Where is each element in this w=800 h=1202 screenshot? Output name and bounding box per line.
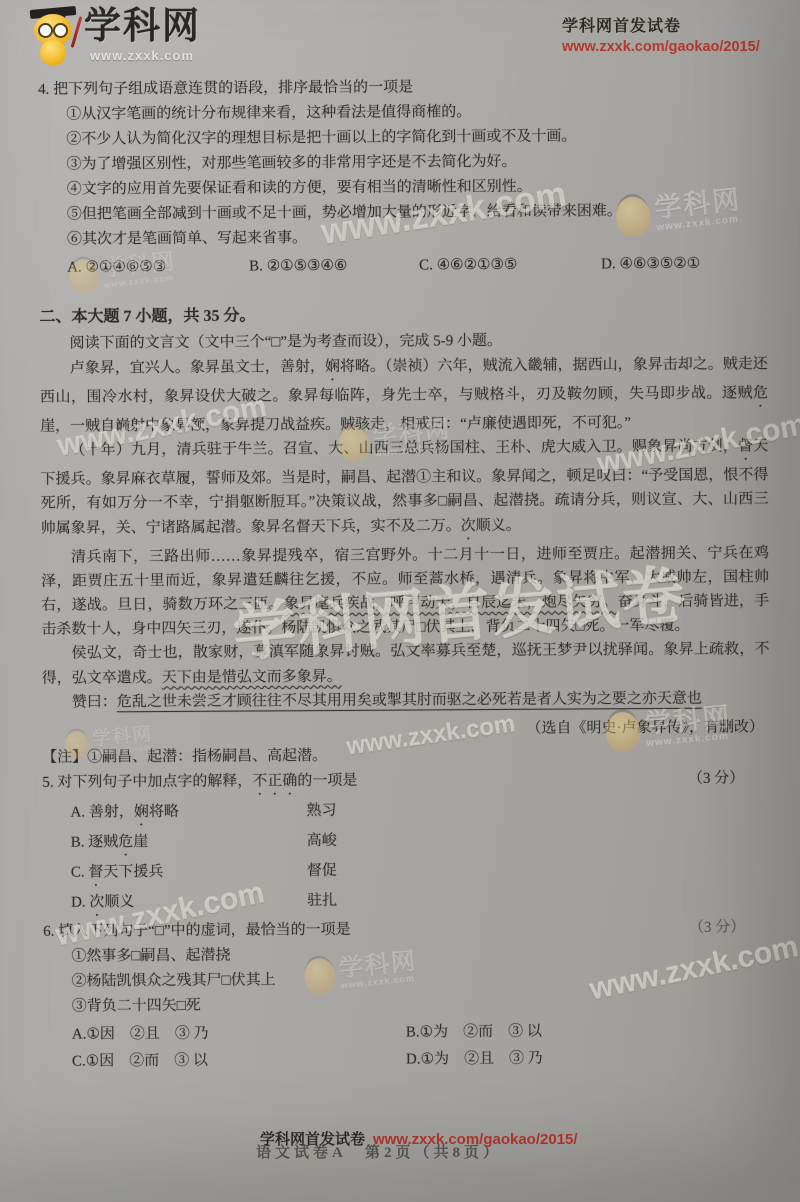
q4-option-d: D. ④⑥③⑤②①	[601, 251, 700, 278]
question-5: （3 分）5. 对下列句子中加点字的解释，不正确的一项是 A. 善射，娴将略 熟…	[42, 766, 771, 919]
q5-dotted-char: 娴	[134, 804, 149, 820]
q6-option-d: D.①为 ②且 ③ 乃	[406, 1044, 772, 1072]
q5-gloss: 驻扎	[307, 888, 337, 918]
q6-options: A.①因 ②且 ③ 乃 B.①为 ②而 ③ 以 C.①因 ②而 ③ 以 D.①为…	[44, 1017, 772, 1074]
q6-items: ①然事多□嗣昌、起潜挠 ②杨陆凯惧众之残其尸□伏其上 ③背负二十四矢□死	[43, 940, 771, 1019]
passage-segment: 次	[461, 518, 476, 534]
q5-row: A. 善射，娴将略 熟习	[42, 795, 770, 829]
scanned-exam-page: 学科网 www.zxxk.com 学科网首发试卷 www.zxxk.com/ga…	[0, 0, 800, 1202]
release-title: 学科网首发试卷	[562, 13, 760, 36]
q5-stem: （3 分）5. 对下列句子中加点字的解释，不正确的一项是	[42, 766, 770, 799]
passage-segment: 象昇麾兵疾战，呼声动天，自辰迄未，炮尽矢穷。	[284, 594, 618, 612]
passage-segment: 天下由是惜弘文而多象昇。	[162, 669, 342, 686]
q6-option-b: B.①为 ②而 ③ 以	[406, 1017, 772, 1045]
footer-release-title: 学科网首发试卷	[260, 1131, 365, 1148]
passage-segment: 督	[738, 439, 753, 455]
passage-paragraph: 侯弘文，奇士也，散家财，募滇军随象昇讨贼。弘文率募兵至楚，巡抚王梦尹以扰驿闻。象…	[41, 638, 769, 691]
q6-option-a: A.①因 ②且 ③ 乃	[72, 1020, 406, 1048]
mascot-icon	[26, 6, 80, 70]
q4-option-c: C. ④⑥②①③⑤	[419, 251, 601, 278]
question-6: （3 分）6. 填入下列句子“□”中的虚词，最恰当的一项是 ①然事多□嗣昌、起潜…	[43, 915, 772, 1074]
passage-paragraph: 清兵南下，三路出师……象昇提残卒，宿三宫野外。十二月十一日，进师至贾庄。起潜拥关…	[41, 541, 770, 642]
q5-option-b: B. 逐贼	[71, 834, 119, 850]
q5-option-a-rest: 将略	[149, 804, 179, 820]
document-content: 4. 把下列句子组成语意连贯的语段，排序最恰当的一项是 ①从汉字笔画的统计分布规…	[38, 73, 772, 1074]
brand-block: 学科网 www.zxxk.com	[84, 6, 201, 63]
q5-option-text: D. 次顺义	[71, 888, 307, 919]
q5-row: D. 次顺义 驻扎	[43, 885, 771, 919]
q5-gloss: 高峻	[307, 828, 337, 858]
q4-option-a: A. ②①④⑥⑤③	[67, 253, 249, 280]
q5-dotted-char: 次	[89, 894, 104, 910]
q6-option-c: C.①因 ②而 ③ 以	[72, 1047, 406, 1075]
passage-segment: 娴	[325, 359, 340, 375]
footer-watermark: 学科网首发试卷www.zxxk.com/gaokao/2015/	[260, 1128, 578, 1149]
q5-option-a: A. 善射，	[70, 804, 133, 820]
mascot-body	[40, 40, 66, 66]
q5-score: （3 分）	[688, 767, 744, 792]
q5-dotted-char: 督	[88, 864, 103, 880]
q5-option-text: B. 逐贼危崖	[71, 828, 307, 859]
passage-source: （选自《明史·卢象昇传》，有删改）	[42, 714, 770, 744]
q4-options: A. ②①④⑥⑤③ B. ②①⑤③④⑥ C. ④⑥②①③⑤ D. ④⑥③⑤②①	[39, 250, 767, 280]
q5-option-d-rest: 顺义	[104, 894, 134, 910]
passage-segment: 危	[753, 385, 768, 401]
q5-stem-emphasis: 不正确	[252, 773, 297, 789]
q5-gloss: 督促	[307, 858, 337, 888]
q5-stem-text: 5. 对下列句子中加点字的解释，	[42, 774, 252, 791]
release-header: 学科网首发试卷 www.zxxk.com/gaokao/2015/	[562, 13, 760, 55]
q5-row: C. 督天下援兵 督促	[43, 855, 771, 889]
pencil-icon	[71, 16, 83, 48]
footer-release-url: www.zxxk.com/gaokao/2015/	[373, 1131, 578, 1148]
mascot-glasses-icon	[53, 23, 68, 38]
passage-segment: 危乱之世未尝乏才顾往往不尽其用用矣或掣其肘而驱之必死若是者人实为之要之亦天意也	[117, 691, 702, 711]
q5-row: B. 逐贼危崖 高峻	[43, 825, 771, 859]
passage-segment: 顺义。	[476, 517, 521, 533]
passage-segment: （十年）九月，清兵驻于牛兰。召宣、大、山西三总兵杨国柱、王朴、虎大威入卫。赐象昇…	[70, 439, 738, 459]
q5-option-text: A. 善射，娴将略	[70, 798, 306, 829]
q4-item: ⑥其次才是笔画简单、写起来省事。	[67, 223, 767, 252]
q5-option-text: C. 督天下援兵	[71, 858, 307, 889]
passage-segment: 侯弘文，奇士也，散家财，募滇军随象昇讨贼。弘文率募兵至楚，巡抚王梦尹以扰驿闻。象…	[42, 642, 770, 687]
passage: 卢象昇，宜兴人。象昇虽文士，善射，娴将略。（崇祯）六年，贼流入畿辅，据西山，象昇…	[40, 352, 770, 714]
q5-option-c: C.	[71, 865, 89, 881]
passage-segment: 赞曰：	[72, 694, 117, 710]
q4-option-b: B. ②①⑤③④⑥	[249, 252, 419, 279]
passage-segment: 卢象昇，宜兴人。象昇虽文士，善射，	[70, 359, 325, 377]
q6-stem-text: 6. 填入下列句子“□”中的虚词，最恰当的一项是	[43, 922, 350, 940]
q4-items: ①从汉字笔画的统计分布规律来看，这种看法是值得商榷的。 ②不少人认为简化汉字的理…	[38, 98, 767, 252]
q6-score: （3 分）	[689, 916, 745, 941]
passage-paragraph: （十年）九月，清兵驻于牛兰。召宣、大、山西三总兵杨国柱、王朴、虎大威入卫。赐象昇…	[40, 435, 769, 546]
q5-stem-text: 的一项是	[297, 773, 357, 789]
q5-dotted-char: 危	[118, 834, 133, 850]
q6-item: ③背负二十四矢□死	[72, 990, 772, 1019]
question-4: 4. 把下列句子组成语意连贯的语段，排序最恰当的一项是 ①从汉字笔画的统计分布规…	[38, 73, 767, 280]
q5-option-d: D.	[71, 895, 89, 911]
q5-gloss: 熟习	[306, 798, 336, 828]
passage-paragraph: 卢象昇，宜兴人。象昇虽文士，善射，娴将略。（崇祯）六年，贼流入畿辅，据西山，象昇…	[40, 352, 768, 439]
release-url: www.zxxk.com/gaokao/2015/	[562, 39, 760, 55]
brand-url: www.zxxk.com	[84, 48, 201, 63]
brand-text: 学科网	[84, 6, 201, 46]
q5-option-b-rest: 崖	[133, 834, 148, 850]
passage-paragraph: 赞曰：危乱之世未尝乏才顾往往不尽其用用矣或掣其肘而驱之必死若是者人实为之要之亦天…	[42, 686, 770, 715]
site-logo: 学科网 www.zxxk.com	[26, 6, 256, 72]
passage-segment: 崖，一贼自巅射中象昇额，象昇提刀战益疾。贼骇走，相戒曰：“卢廉使遇即死，不可犯。…	[40, 415, 631, 435]
q5-option-c-rest: 天下援兵	[103, 864, 163, 880]
mascot-glasses-icon	[38, 23, 53, 38]
